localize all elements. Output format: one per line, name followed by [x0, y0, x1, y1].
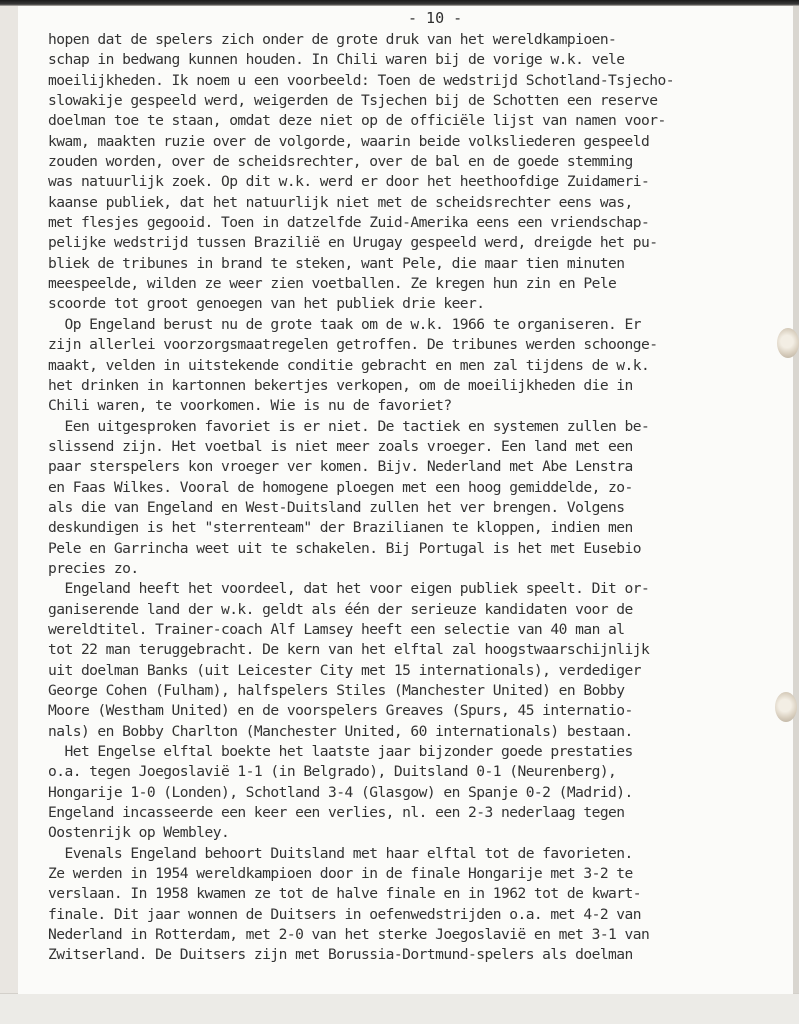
- text-line: precies zo.: [48, 559, 793, 579]
- text-line: meespeelde, wilden ze weer zien voetball…: [48, 274, 793, 294]
- text-line: als die van Engeland en West-Duitsland z…: [48, 498, 793, 518]
- text-line: Op Engeland berust nu de grote taak om d…: [48, 315, 793, 335]
- text-line: slowakije gespeeld werd, weigerden de Ts…: [48, 91, 793, 111]
- text-line: paar sterspelers kon vroeger ver komen. …: [48, 457, 793, 477]
- text-line: o.a. tegen Joegoslavië 1-1 (in Belgrado)…: [48, 762, 793, 782]
- text-line: Chili waren, te voorkomen. Wie is nu de …: [48, 396, 793, 416]
- punch-hole-icon: [775, 692, 797, 722]
- text-line: maakt, velden in uitstekende conditie ge…: [48, 356, 793, 376]
- text-line: finale. Dit jaar wonnen de Duitsers in o…: [48, 905, 793, 925]
- text-line: George Cohen (Fulham), halfspelers Stile…: [48, 681, 793, 701]
- text-line: uit doelman Banks (uit Leicester City me…: [48, 661, 793, 681]
- punch-hole-icon: [777, 328, 799, 358]
- text-line: was natuurlijk zoek. Op dit w.k. werd er…: [48, 172, 793, 192]
- text-line: het drinken in kartonnen bekertjes verko…: [48, 376, 793, 396]
- typewritten-page: - 10 - hopen dat de spelers zich onder d…: [18, 6, 793, 994]
- text-line: Engeland incasseerde een keer een verlie…: [48, 803, 793, 823]
- scan-right-edge: [792, 6, 799, 1024]
- text-line: Zwitserland. De Duitsers zijn met Boruss…: [48, 945, 793, 965]
- text-line: kaanse publiek, dat het natuurlijk niet …: [48, 193, 793, 213]
- text-line: kwam, maakten ruzie over de volgorde, wa…: [48, 132, 793, 152]
- scan-bottom-edge: [0, 993, 799, 1024]
- text-line: zijn allerlei voorzorgsmaatregelen getro…: [48, 335, 793, 355]
- text-line: Pele en Garrincha weet uit te schakelen.…: [48, 539, 793, 559]
- text-line: zouden worden, over de scheidsrechter, o…: [48, 152, 793, 172]
- text-line: Ze werden in 1954 wereldkampioen door in…: [48, 864, 793, 884]
- text-line: verslaan. In 1958 kwamen ze tot de halve…: [48, 884, 793, 904]
- text-line: bliek de tribunes in brand te steken, wa…: [48, 254, 793, 274]
- text-line: en Faas Wilkes. Vooral de homogene ploeg…: [48, 478, 793, 498]
- scan-left-margin: [0, 6, 19, 1024]
- page-number: - 10 -: [408, 9, 462, 27]
- text-line: ganiserende land der w.k. geldt als één …: [48, 600, 793, 620]
- text-line: nals) en Bobby Charlton (Manchester Unit…: [48, 722, 793, 742]
- text-line: met flesjes gegooid. Toen in datzelfde Z…: [48, 213, 793, 233]
- text-line: wereldtitel. Trainer-coach Alf Lamsey he…: [48, 620, 793, 640]
- text-line: tot 22 man teruggebracht. De kern van he…: [48, 640, 793, 660]
- text-line: Moore (Westham United) en de voorspelers…: [48, 701, 793, 721]
- text-line: Een uitgesproken favoriet is er niet. De…: [48, 417, 793, 437]
- text-line: Nederland in Rotterdam, met 2-0 van het …: [48, 925, 793, 945]
- text-line: Hongarije 1-0 (Londen), Schotland 3-4 (G…: [48, 783, 793, 803]
- text-line: schap in bedwang kunnen houden. In Chili…: [48, 50, 793, 70]
- text-line: hopen dat de spelers zich onder de grote…: [48, 30, 793, 50]
- text-line: Engeland heeft het voordeel, dat het voo…: [48, 579, 793, 599]
- text-line: scoorde tot groot genoegen van het publi…: [48, 294, 793, 314]
- body-text: hopen dat de spelers zich onder de grote…: [48, 30, 793, 966]
- text-line: slissend zijn. Het voetbal is niet meer …: [48, 437, 793, 457]
- text-line: Het Engelse elftal boekte het laatste ja…: [48, 742, 793, 762]
- text-line: doelman toe te staan, omdat deze niet op…: [48, 111, 793, 131]
- text-line: deskundigen is het "sterrenteam" der Bra…: [48, 518, 793, 538]
- text-line: pelijke wedstrijd tussen Brazilië en Uru…: [48, 233, 793, 253]
- text-line: Evenals Engeland behoort Duitsland met h…: [48, 844, 793, 864]
- text-line: moeilijkheden. Ik noem u een voorbeeld: …: [48, 71, 793, 91]
- text-line: Oostenrijk op Wembley.: [48, 823, 793, 843]
